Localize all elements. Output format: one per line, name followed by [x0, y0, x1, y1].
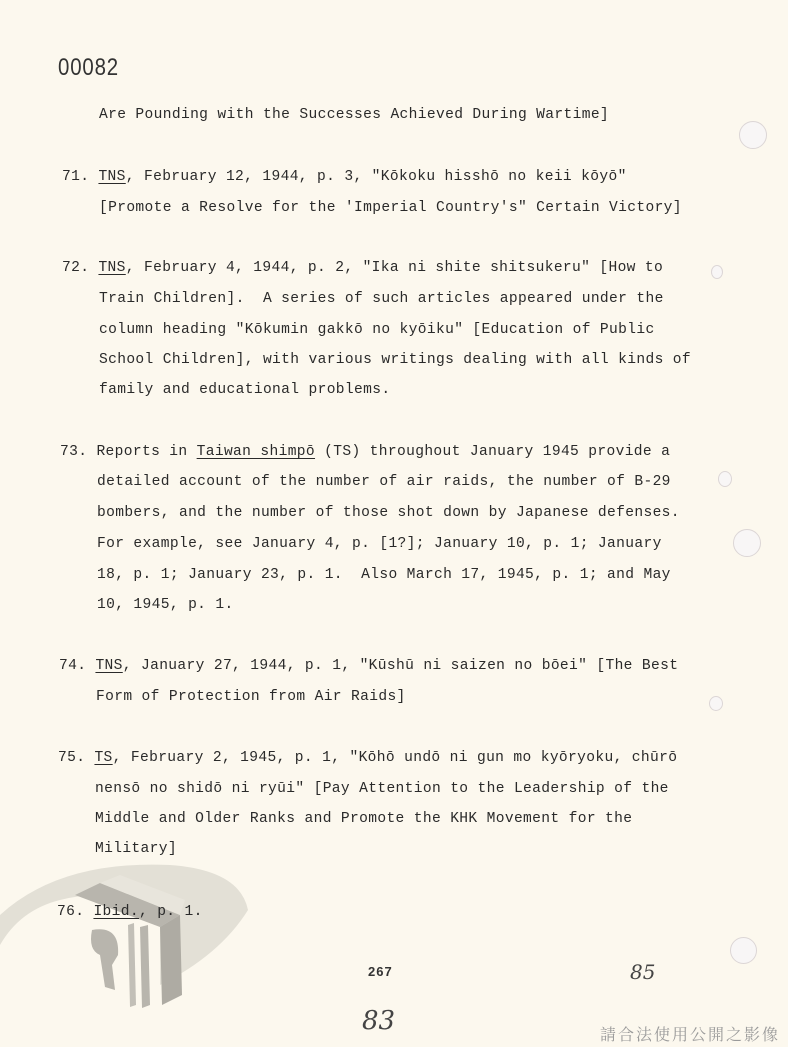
footnote-text: , p. 1.: [139, 904, 203, 920]
continuation-line: Are Pounding with the Successes Achieved…: [99, 106, 609, 124]
footnote-73-line-2: detailed account of the number of air ra…: [97, 473, 671, 491]
hole-punch-icon: [711, 265, 723, 279]
footnote-71-line-2: [Promote a Resolve for the 'Imperial Cou…: [99, 199, 682, 217]
footnote-number: 73.: [60, 444, 87, 460]
footnote-number: 71.: [62, 169, 89, 185]
hole-punch-icon: [709, 696, 723, 711]
source-abbrev: TNS: [98, 169, 125, 185]
page-number: 267: [368, 964, 393, 979]
footnote-72-line-4: School Children], with various writings …: [99, 351, 691, 369]
newspaper-title: Taiwan shimpō: [197, 444, 315, 460]
footnote-75-line-1: 75. TS, February 2, 1945, p. 1, "Kōhō un…: [58, 749, 677, 767]
source-abbrev: TNS: [95, 658, 122, 674]
footnote-text: , February 2, 1945, p. 1, "Kōhō undō ni …: [113, 750, 678, 766]
archive-watermark-logo-icon: [0, 855, 250, 1015]
footnote-text: (TS) throughout January 1945 provide a: [315, 444, 670, 460]
hole-punch-icon: [730, 937, 757, 964]
footnote-73-line-5: 18, p. 1; January 23, p. 1. Also March 1…: [97, 566, 671, 584]
footnote-73-line-1: 73. Reports in Taiwan shimpō (TS) throug…: [60, 443, 670, 461]
footnote-73-line-4: For example, see January 4, p. [1?]; Jan…: [97, 535, 662, 553]
footnote-75-line-2: nensō no shidō ni ryūi" [Pay Attention t…: [95, 780, 669, 798]
handwritten-annotation-83: 83: [362, 1006, 395, 1036]
footnote-74-line-1: 74. TNS, January 27, 1944, p. 1, "Kūshū …: [59, 657, 678, 675]
footnote-74-line-2: Form of Protection from Air Raids]: [96, 688, 406, 706]
footnote-75-line-3: Middle and Older Ranks and Promote the K…: [95, 810, 632, 828]
copyright-notice: 請合法使用公開之影像: [600, 1022, 780, 1045]
hole-punch-icon: [718, 471, 732, 487]
archive-stamp-number: 00082: [58, 54, 119, 82]
document-page: 00082 Are Pounding with the Successes Ac…: [0, 0, 788, 1047]
footnote-text: , February 12, 1944, p. 3, "Kōkoku hissh…: [126, 169, 627, 185]
source-abbrev: TS: [94, 750, 112, 766]
hole-punch-icon: [733, 529, 761, 557]
footnote-text: , January 27, 1944, p. 1, "Kūshū ni saiz…: [123, 658, 679, 674]
footnote-number: 74.: [59, 658, 86, 674]
footnote-72-line-3: column heading "Kōkumin gakkō no kyōiku"…: [99, 321, 655, 339]
footnote-71-line-1: 71. TNS, February 12, 1944, p. 3, "Kōkok…: [62, 168, 627, 186]
hole-punch-icon: [739, 121, 767, 149]
footnote-72-line-5: family and educational problems.: [99, 381, 390, 399]
handwritten-annotation-85: 85: [630, 960, 655, 984]
footnote-72-line-1: 72. TNS, February 4, 1944, p. 2, "Ika ni…: [62, 259, 663, 277]
footnote-73-line-3: bombers, and the number of those shot do…: [97, 504, 680, 522]
footnote-73-line-6: 10, 1945, p. 1.: [97, 596, 234, 614]
source-abbrev: TNS: [98, 260, 125, 276]
source-abbrev: Ibid.: [93, 904, 139, 920]
footnote-text: , February 4, 1944, p. 2, "Ika ni shite …: [126, 260, 663, 276]
footnote-72-line-2: Train Children]. A series of such articl…: [99, 290, 664, 308]
footnote-number: 76.: [57, 904, 84, 920]
footnote-number: 75.: [58, 750, 85, 766]
footnote-76-line-1: 76. Ibid., p. 1.: [57, 903, 203, 921]
footnote-text: Reports in: [96, 444, 196, 460]
footnote-number: 72.: [62, 260, 89, 276]
